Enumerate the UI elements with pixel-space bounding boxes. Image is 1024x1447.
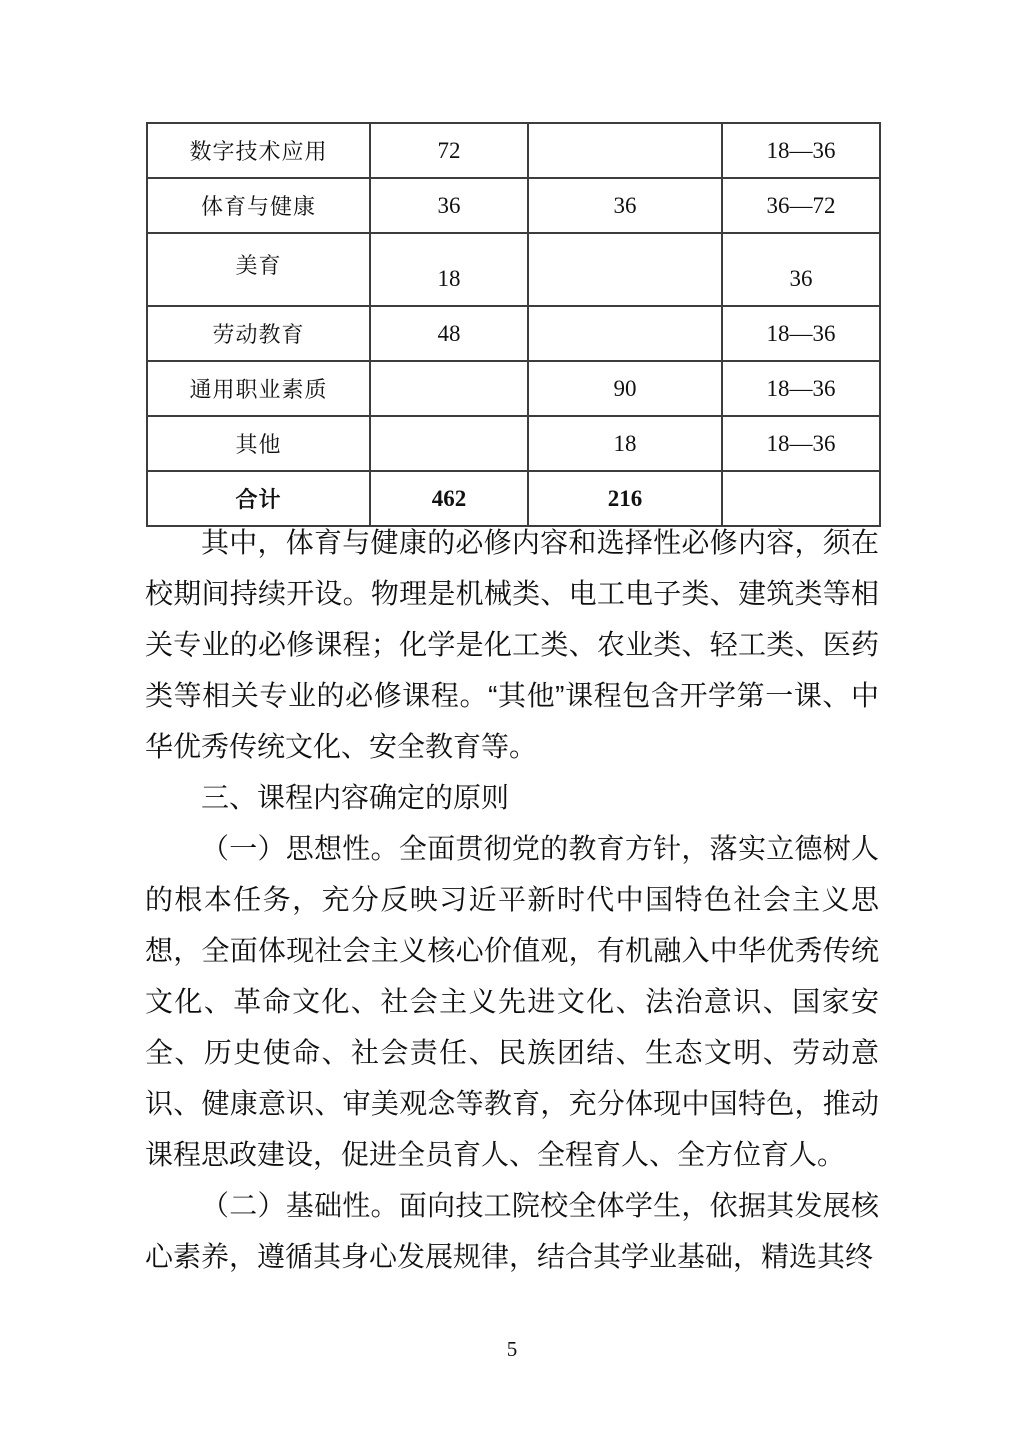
table-row: 体育与健康 36 36 36—72 xyxy=(147,178,880,233)
table-cell-value xyxy=(528,306,722,361)
table-cell-value xyxy=(370,361,528,416)
document-body: 其中，体育与健康的必修内容和选择性必修内容，须在校期间持续开设。物理是机械类、电… xyxy=(145,517,879,1282)
table-cell-course: 体育与健康 xyxy=(147,178,370,233)
table-cell-value xyxy=(528,123,722,178)
document-page: 数字技术应用 72 18—36 体育与健康 36 36 36—72 美育 18 … xyxy=(0,0,1024,1447)
table-row: 美育 18 36 xyxy=(147,233,880,306)
table-cell-value: 36 xyxy=(370,178,528,233)
section-heading: 三、课程内容确定的原则 xyxy=(145,772,879,823)
table-cell-course: 美育 xyxy=(147,233,370,306)
table-cell-value: 36—72 xyxy=(722,178,880,233)
table-cell-value: 18—36 xyxy=(722,306,880,361)
page-number: 5 xyxy=(0,1337,1024,1362)
table-cell-value: 36 xyxy=(528,178,722,233)
table-cell-value: 48 xyxy=(370,306,528,361)
table-cell-value: 18—36 xyxy=(722,416,880,471)
table-row: 通用职业素质 90 18—36 xyxy=(147,361,880,416)
table-cell-course: 劳动教育 xyxy=(147,306,370,361)
table-row: 劳动教育 48 18—36 xyxy=(147,306,880,361)
table-cell-value: 36 xyxy=(722,233,880,306)
paragraph-course-notes: 其中，体育与健康的必修内容和选择性必修内容，须在校期间持续开设。物理是机械类、电… xyxy=(145,517,879,772)
paragraph-principle-basic: （二）基础性。面向技工院校全体学生，依据其发展核心素养，遵循其身心发展规律，结合… xyxy=(145,1180,879,1282)
table-cell-value: 18 xyxy=(528,416,722,471)
table-cell-value: 18—36 xyxy=(722,123,880,178)
table-row: 其他 18 18—36 xyxy=(147,416,880,471)
table-cell-course: 其他 xyxy=(147,416,370,471)
table-cell-value: 72 xyxy=(370,123,528,178)
table-cell-value: 18—36 xyxy=(722,361,880,416)
table-row: 数字技术应用 72 18—36 xyxy=(147,123,880,178)
course-hours-table: 数字技术应用 72 18—36 体育与健康 36 36 36—72 美育 18 … xyxy=(146,122,881,527)
table-cell-course: 通用职业素质 xyxy=(147,361,370,416)
table-cell-course: 数字技术应用 xyxy=(147,123,370,178)
table-cell-value: 18 xyxy=(370,233,528,306)
table-cell-value xyxy=(370,416,528,471)
table-cell-value: 90 xyxy=(528,361,722,416)
paragraph-principle-ideology: （一）思想性。全面贯彻党的教育方针，落实立德树人的根本任务，充分反映习近平新时代… xyxy=(145,823,879,1180)
table-cell-value xyxy=(528,233,722,306)
